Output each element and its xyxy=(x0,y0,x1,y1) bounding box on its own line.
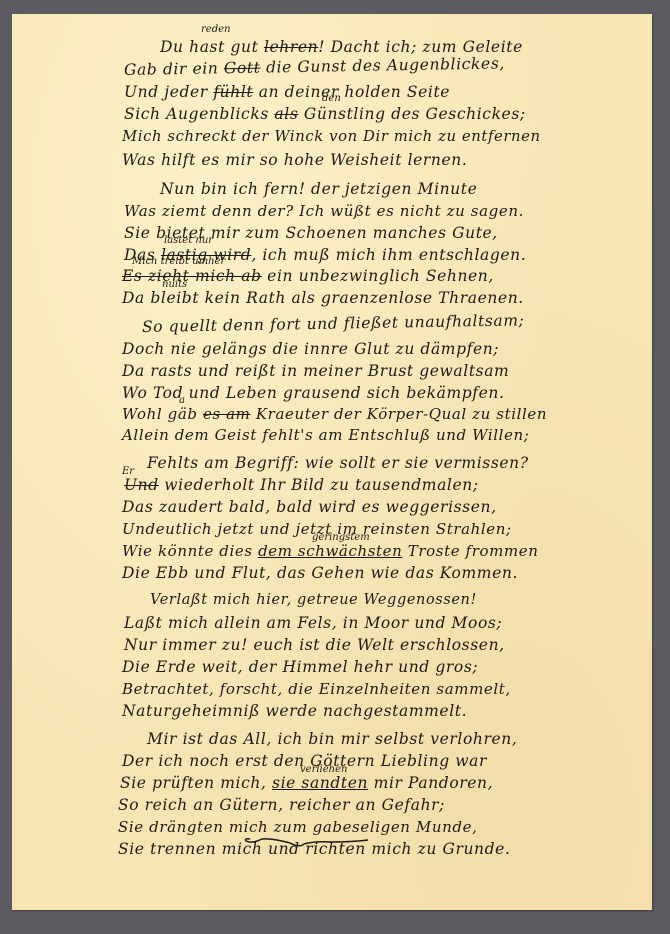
verse-line: Die Erde weit, der Himmel hehr und gros; xyxy=(122,658,478,676)
verse-line: Was ziemt denn der? Ich wüßt es nicht zu… xyxy=(124,202,524,220)
insertion: Mich treibt umher xyxy=(132,256,225,267)
verse-line: Da rasts und reißt in meiner Brust gewal… xyxy=(122,362,509,380)
verse-line: Wie könnte dies dem schwächsten Troste f… xyxy=(122,542,539,560)
insertion: den xyxy=(322,93,341,104)
verse-line: Gab dir ein Gott die Gunst des Augenblic… xyxy=(124,54,505,79)
verse-line: Wohl gäb es am Kraeuter der Körper-Qual … xyxy=(122,405,547,423)
verse-line: Laßt mich allein am Fels, in Moor und Mo… xyxy=(124,614,502,632)
verse-line: Und wiederholt Ihr Bild zu tausendmalen; xyxy=(124,476,479,494)
verse-line: Was hilft es mir so hohe Weisheit lernen… xyxy=(122,151,467,169)
insertion: reden xyxy=(201,24,230,35)
verse-line: Die Ebb und Flut, das Gehen wie das Komm… xyxy=(122,564,518,582)
verse-line: Doch nie gelängs die innre Glut zu dämpf… xyxy=(122,340,499,358)
verse-line: Und jeder fühlt an deiner holden Seite xyxy=(124,83,450,101)
verse-line: Nun bin ich fern! der jetzigen Minute xyxy=(160,180,477,198)
verse-line: Nur immer zu! euch ist die Welt erschlos… xyxy=(124,636,505,654)
verse-line: Das zaudert bald, bald wird es weggeriss… xyxy=(122,498,497,516)
verse-line: Allein dem Geist fehlt's am Entschluß un… xyxy=(122,426,529,444)
verse-line: Du hast gut lehren! Dacht ich; zum Gelei… xyxy=(160,38,523,56)
verse-line: Verlaßt mich hier, getreue Weggenossen! xyxy=(150,592,477,608)
manuscript-page: reden Du hast gut lehren! Dacht ich; zum… xyxy=(12,14,652,910)
verse-line: Naturgeheimniß werde nachgestammelt. xyxy=(122,702,467,720)
closing-flourish-icon xyxy=(242,834,372,854)
verse-line: Fehlts am Begriff: wie sollt er sie verm… xyxy=(147,454,529,472)
verse-line: Betrachtet, forscht, die Einzelnheiten s… xyxy=(122,680,511,698)
verse-line: So reich an Gütern, reicher an Gefahr; xyxy=(118,796,445,814)
verse-line: Mich schreckt der Winck von Dir mich zu … xyxy=(122,128,541,145)
verse-line: Da bleibt kein Rath als graenzenlose Thr… xyxy=(122,289,524,307)
insertion: lastet nur xyxy=(164,235,213,246)
verse-line: Sie prüften mich, sie sandten mir Pandor… xyxy=(120,774,493,792)
verse-line: Sich Augenblicks als Günstling des Gesch… xyxy=(124,105,526,123)
verse-line: So quellt denn fort und fließet unaufhal… xyxy=(142,311,525,336)
verse-line: Mir ist das All, ich bin mir selbst verl… xyxy=(147,730,517,748)
